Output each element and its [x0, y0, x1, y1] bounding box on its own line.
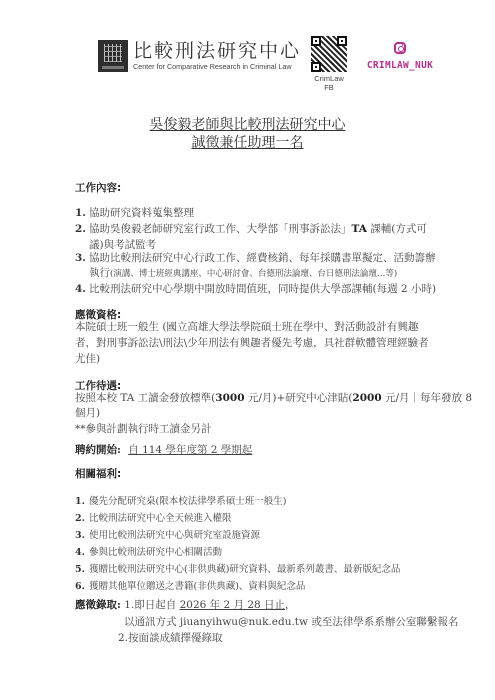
application-heading: 應徵錄取: — [75, 599, 121, 611]
qualification-line: 者，對刑事訴訟法\刑法\少年刑法有興趣者優先考慮，具社群軟體管理經驗者 — [75, 335, 429, 351]
item-text: 參與比較刑法研究中心相關活動 — [89, 547, 222, 558]
compensation-amount: 3000 — [215, 392, 244, 404]
list-item: 1.優先分配研究桌(限本校法律學系碩士班一般生) — [75, 494, 286, 510]
job-content-heading: 工作內容: — [75, 180, 121, 195]
item-number: 2. — [75, 511, 89, 527]
list-item: 3.協助比較刑法研究中心行政工作、經費核銷、每年採購書單擬定、活動籌辦 — [75, 250, 436, 266]
item-number: 6. — [75, 579, 89, 595]
benefits-heading: 相關福利: — [75, 466, 121, 481]
item-text: 比較刑法研究中心學期中開放時間值班，同時提供大學部課輔(每週 2 小時) — [89, 283, 436, 295]
list-item: 3.使用比較刑法研究中心與研究室設施資源 — [75, 528, 260, 544]
item-number: 4. — [75, 281, 89, 297]
item-number: 1. — [75, 494, 89, 510]
list-item: 2.協助吳俊毅老師研究室行政工作、大學部「刑事訴訟法」TA 課輔(方式可 — [75, 221, 427, 237]
item-text: 執行 — [89, 267, 110, 279]
qr-label-line2: FB — [306, 83, 352, 92]
list-item: 4.參與比較刑法研究中心相關活動 — [75, 545, 222, 561]
list-item: 1.協助研究資料蒐集整理 — [75, 205, 194, 221]
instagram-handle: CRIMLAW_NUK — [360, 60, 440, 71]
compensation-text: 元/月)+研究中心津貼( — [245, 392, 353, 404]
item-text: 獲贈比較刑法研究中心(非供典藏)研究資料、最新系列叢書、最新版紀念品 — [89, 564, 400, 575]
contact-email-link[interactable]: jiuanyihwu@nuk.edu.tw — [180, 616, 308, 628]
item-text-small: (演講、博士班經典講座、中心研討會、台德刑法論壇、台日德刑法論壇…等) — [110, 269, 397, 279]
instagram-block: CRIMLAW_NUK — [360, 42, 440, 71]
item-number: 3. — [75, 528, 89, 544]
qr-code-icon[interactable] — [311, 36, 347, 72]
qr-label-line1: CrimLaw — [306, 74, 352, 83]
list-item: 4.比較刑法研究中心學期中開放時間值班，同時提供大學部課輔(每週 2 小時) — [75, 281, 436, 297]
start-value: 自 114 學年度第 2 學期起 — [128, 444, 252, 456]
page-title-line1: 吳俊毅老師與比較刑法研究中心 — [0, 116, 495, 134]
center-name-english: Center for Comparative Research in Crimi… — [133, 62, 301, 71]
recruitment-flyer: 比較刑法研究中心 Center for Comparative Research… — [0, 0, 495, 700]
application-deadline: 2026 年 2 月 28 日止 — [180, 599, 285, 611]
item-number: 3. — [75, 250, 89, 266]
qualification-line: 本院碩士班一般生 (國立高雄大學法學院碩士班在學中、對活動設計有興趣 — [75, 319, 418, 335]
compensation-amount: 2000 — [352, 392, 381, 404]
start-heading: 聘約開始: — [75, 444, 121, 456]
item-text: 獲贈其他單位贈送之書籍(非供典藏)、資料與紀念品 — [89, 581, 305, 592]
item-number: 2. — [75, 221, 89, 237]
compensation-note: **參與計劃執行時工讀金另計 — [75, 421, 212, 437]
item-number: 4. — [75, 545, 89, 561]
application-text: 1.即日起自 — [124, 599, 179, 611]
item-number: 1. — [75, 205, 89, 221]
start-date-line: 聘約開始: 自 114 學年度第 2 學期起 — [75, 442, 252, 458]
compensation-line: 個月) — [75, 405, 100, 421]
item-number: 5. — [75, 562, 89, 578]
list-item: 5.獲贈比較刑法研究中心(非供典藏)研究資料、最新系列叢書、最新版紀念品 — [75, 562, 400, 578]
item-text: 協助研究資料蒐集整理 — [89, 207, 194, 219]
application-text: 或至法律學系系辦公室聯繫報名 — [308, 616, 458, 628]
application-line2: 以通訊方式 jiuanyihwu@nuk.edu.tw 或至法律學系系辦公室聯繫… — [124, 614, 458, 630]
application-line1: 應徵錄取: 1.即日起自 2026 年 2 月 28 日止， — [75, 597, 296, 613]
item-text: 使用比較刑法研究中心與研究室設施資源 — [89, 530, 260, 541]
center-name-chinese: 比較刑法研究中心 — [133, 41, 301, 61]
application-text: ， — [285, 599, 296, 611]
page-title-line2: 誠徵兼任助理一名 — [0, 134, 495, 152]
item-text: 協助吳俊毅老師研究室行政工作、大學部「刑事訴訟法」 — [89, 223, 352, 235]
list-item: 6.獲贈其他單位贈送之書籍(非供典藏)、資料與紀念品 — [75, 579, 305, 595]
center-logo: 比較刑法研究中心 Center for Comparative Research… — [98, 40, 301, 72]
application-line3: 2.按面談成績擇優錄取 — [118, 630, 223, 646]
prison-bars-logo-icon — [98, 40, 128, 72]
list-item-continuation: 執行(演講、博士班經典講座、中心研討會、台德刑法論壇、台日德刑法論壇…等) — [89, 265, 397, 282]
facebook-qr-block: CrimLaw FB — [306, 36, 352, 92]
item-text-bold: TA — [352, 223, 367, 235]
application-text: 以通訊方式 — [124, 616, 180, 628]
item-text: 比較刑法研究中心全天候進入權限 — [89, 513, 232, 524]
compensation-line: 按照本校 TA 工讀金發放標準(3000 元/月)+研究中心津貼(2000 元/… — [75, 390, 472, 406]
qualification-line: 尤佳) — [75, 351, 100, 367]
qr-label: CrimLaw FB — [306, 74, 352, 92]
item-text: 課輔(方式可 — [367, 223, 427, 235]
instagram-icon — [394, 42, 406, 54]
list-item: 2.比較刑法研究中心全天候進入權限 — [75, 511, 232, 527]
compensation-text: 按照本校 TA 工讀金發放標準( — [75, 392, 215, 404]
item-text: 協助比較刑法研究中心行政工作、經費核銷、每年採購書單擬定、活動籌辦 — [89, 252, 436, 264]
item-text: 優先分配研究桌(限本校法律學系碩士班一般生) — [89, 496, 286, 507]
compensation-text: 元/月｜每年發放 8 — [382, 392, 472, 404]
